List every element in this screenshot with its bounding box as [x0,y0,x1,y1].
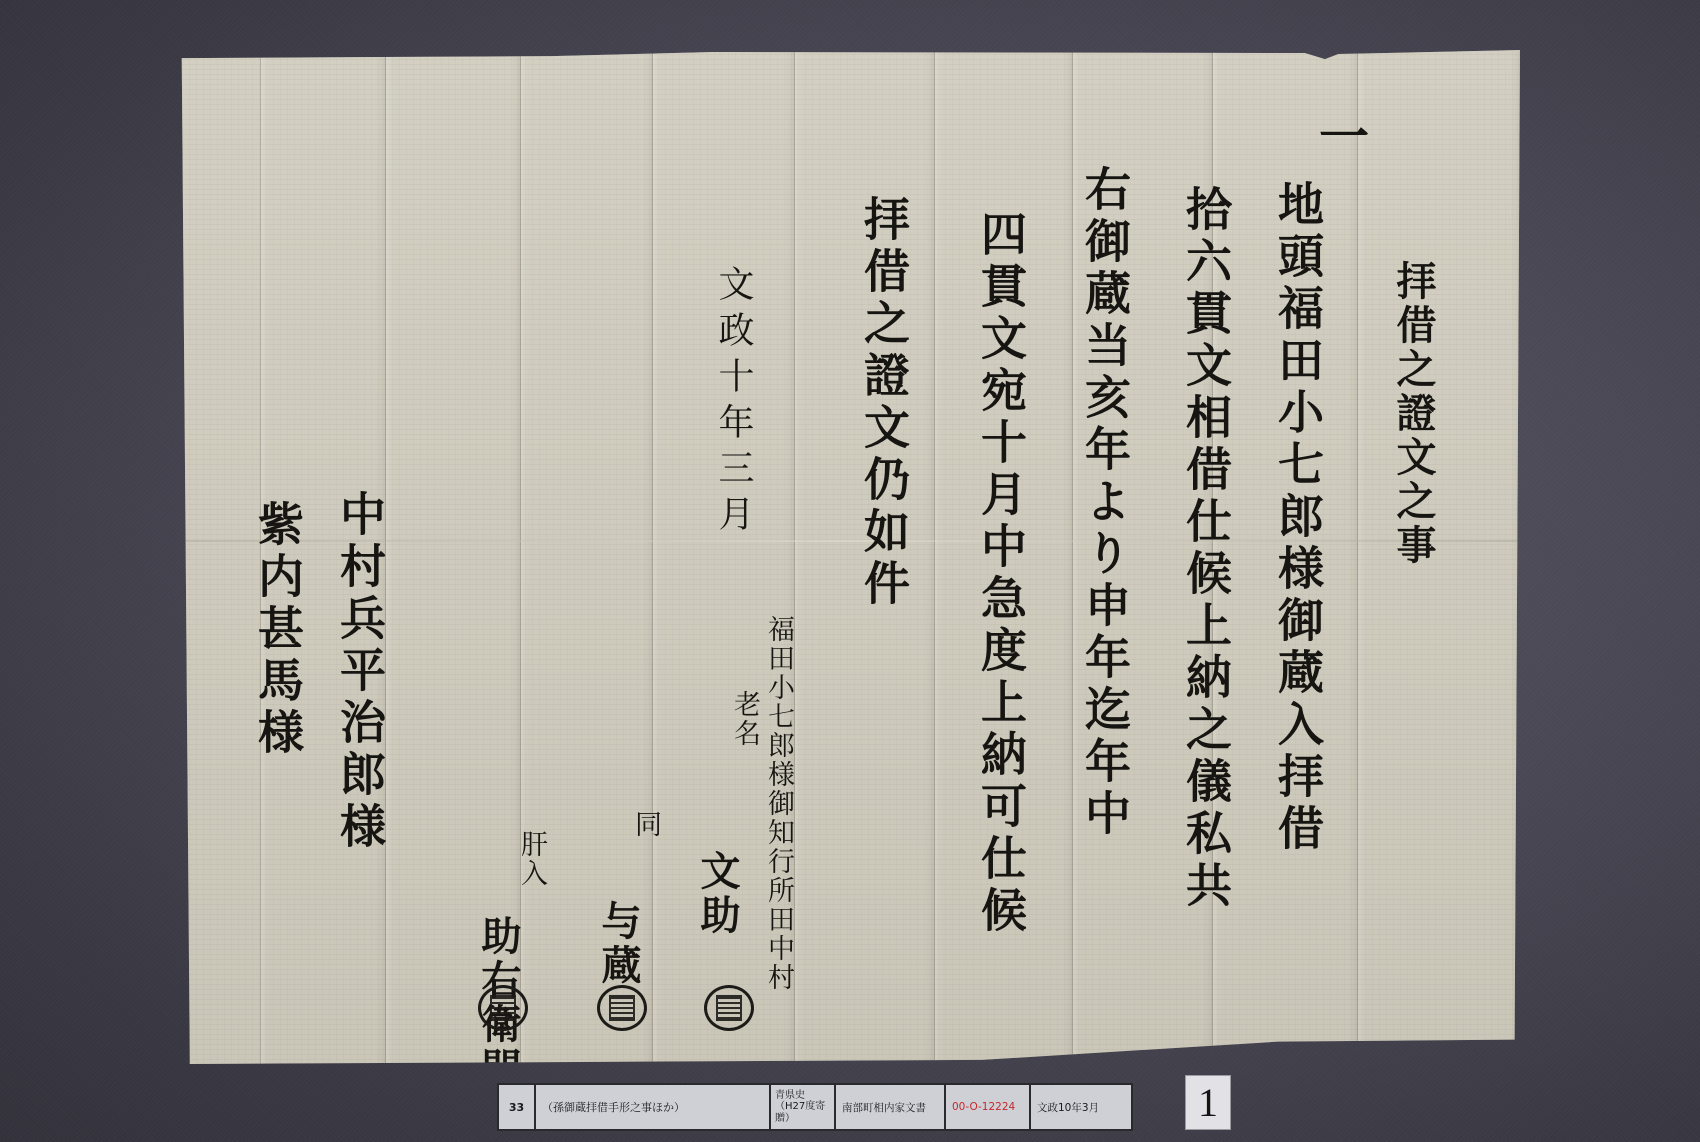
catalog-collection: 南部町相内家文書 [836,1085,946,1129]
seal-glyph-icon [609,995,635,1021]
photo-number-card: 1 [1185,1075,1231,1130]
document-title: 拝借之證文之事 [1393,260,1433,568]
headman-role: 肝入 [518,830,545,888]
catalog-label: 33 （孫御蔵拝借手形之事ほか） 青県史（H27度寄贈） 南部町相内家文書 00… [497,1083,1133,1131]
catalog-number: 33 [499,1085,536,1129]
catalog-date: 文政10年3月 [1031,1085,1131,1129]
elder-name: 文助 [697,850,737,938]
addressee-1: 中村兵平治郎様 [337,490,383,854]
second-name: 与蔵 [598,900,638,988]
body-column-4: 四貫文宛十月中急度上納可仕候 [978,210,1024,938]
village-line: 福田小七郎様御知行所田中村 [765,615,792,992]
historical-document: 拝借之證文之事 一 地頭福田小七郎様御蔵入拝借 拾六貫文相借仕候上納之儀私共 右… [175,50,1520,1065]
body-column-1: 地頭福田小七郎様御蔵入拝借 [1275,180,1321,856]
fold-panel [385,50,521,1065]
seal-glyph-icon [490,995,516,1021]
item-mark: 一 [1315,110,1365,162]
body-column-2: 拾六貫文相借仕候上納之儀私共 [1183,185,1229,913]
body-column-5: 拝借之證文仍如件 [861,195,907,611]
same-mark: 同 [632,810,659,839]
seal-glyph-icon [716,995,742,1021]
body-column-3: 右御蔵当亥年より申年迄年中 [1082,165,1128,841]
document-date: 文政十年三月 [715,265,751,541]
role-elder: 老名 [731,690,758,748]
fold-panel [1357,50,1521,1065]
catalog-title: （孫御蔵拝借手形之事ほか） [536,1085,771,1129]
seal-stamp [597,985,647,1031]
catalog-source: 青県史（H27度寄贈） [771,1085,836,1129]
seal-stamp [704,985,754,1031]
seal-stamp [478,985,528,1031]
addressee-2: 紫内甚馬様 [255,500,301,760]
catalog-code: 00-O-12224 [946,1085,1031,1129]
